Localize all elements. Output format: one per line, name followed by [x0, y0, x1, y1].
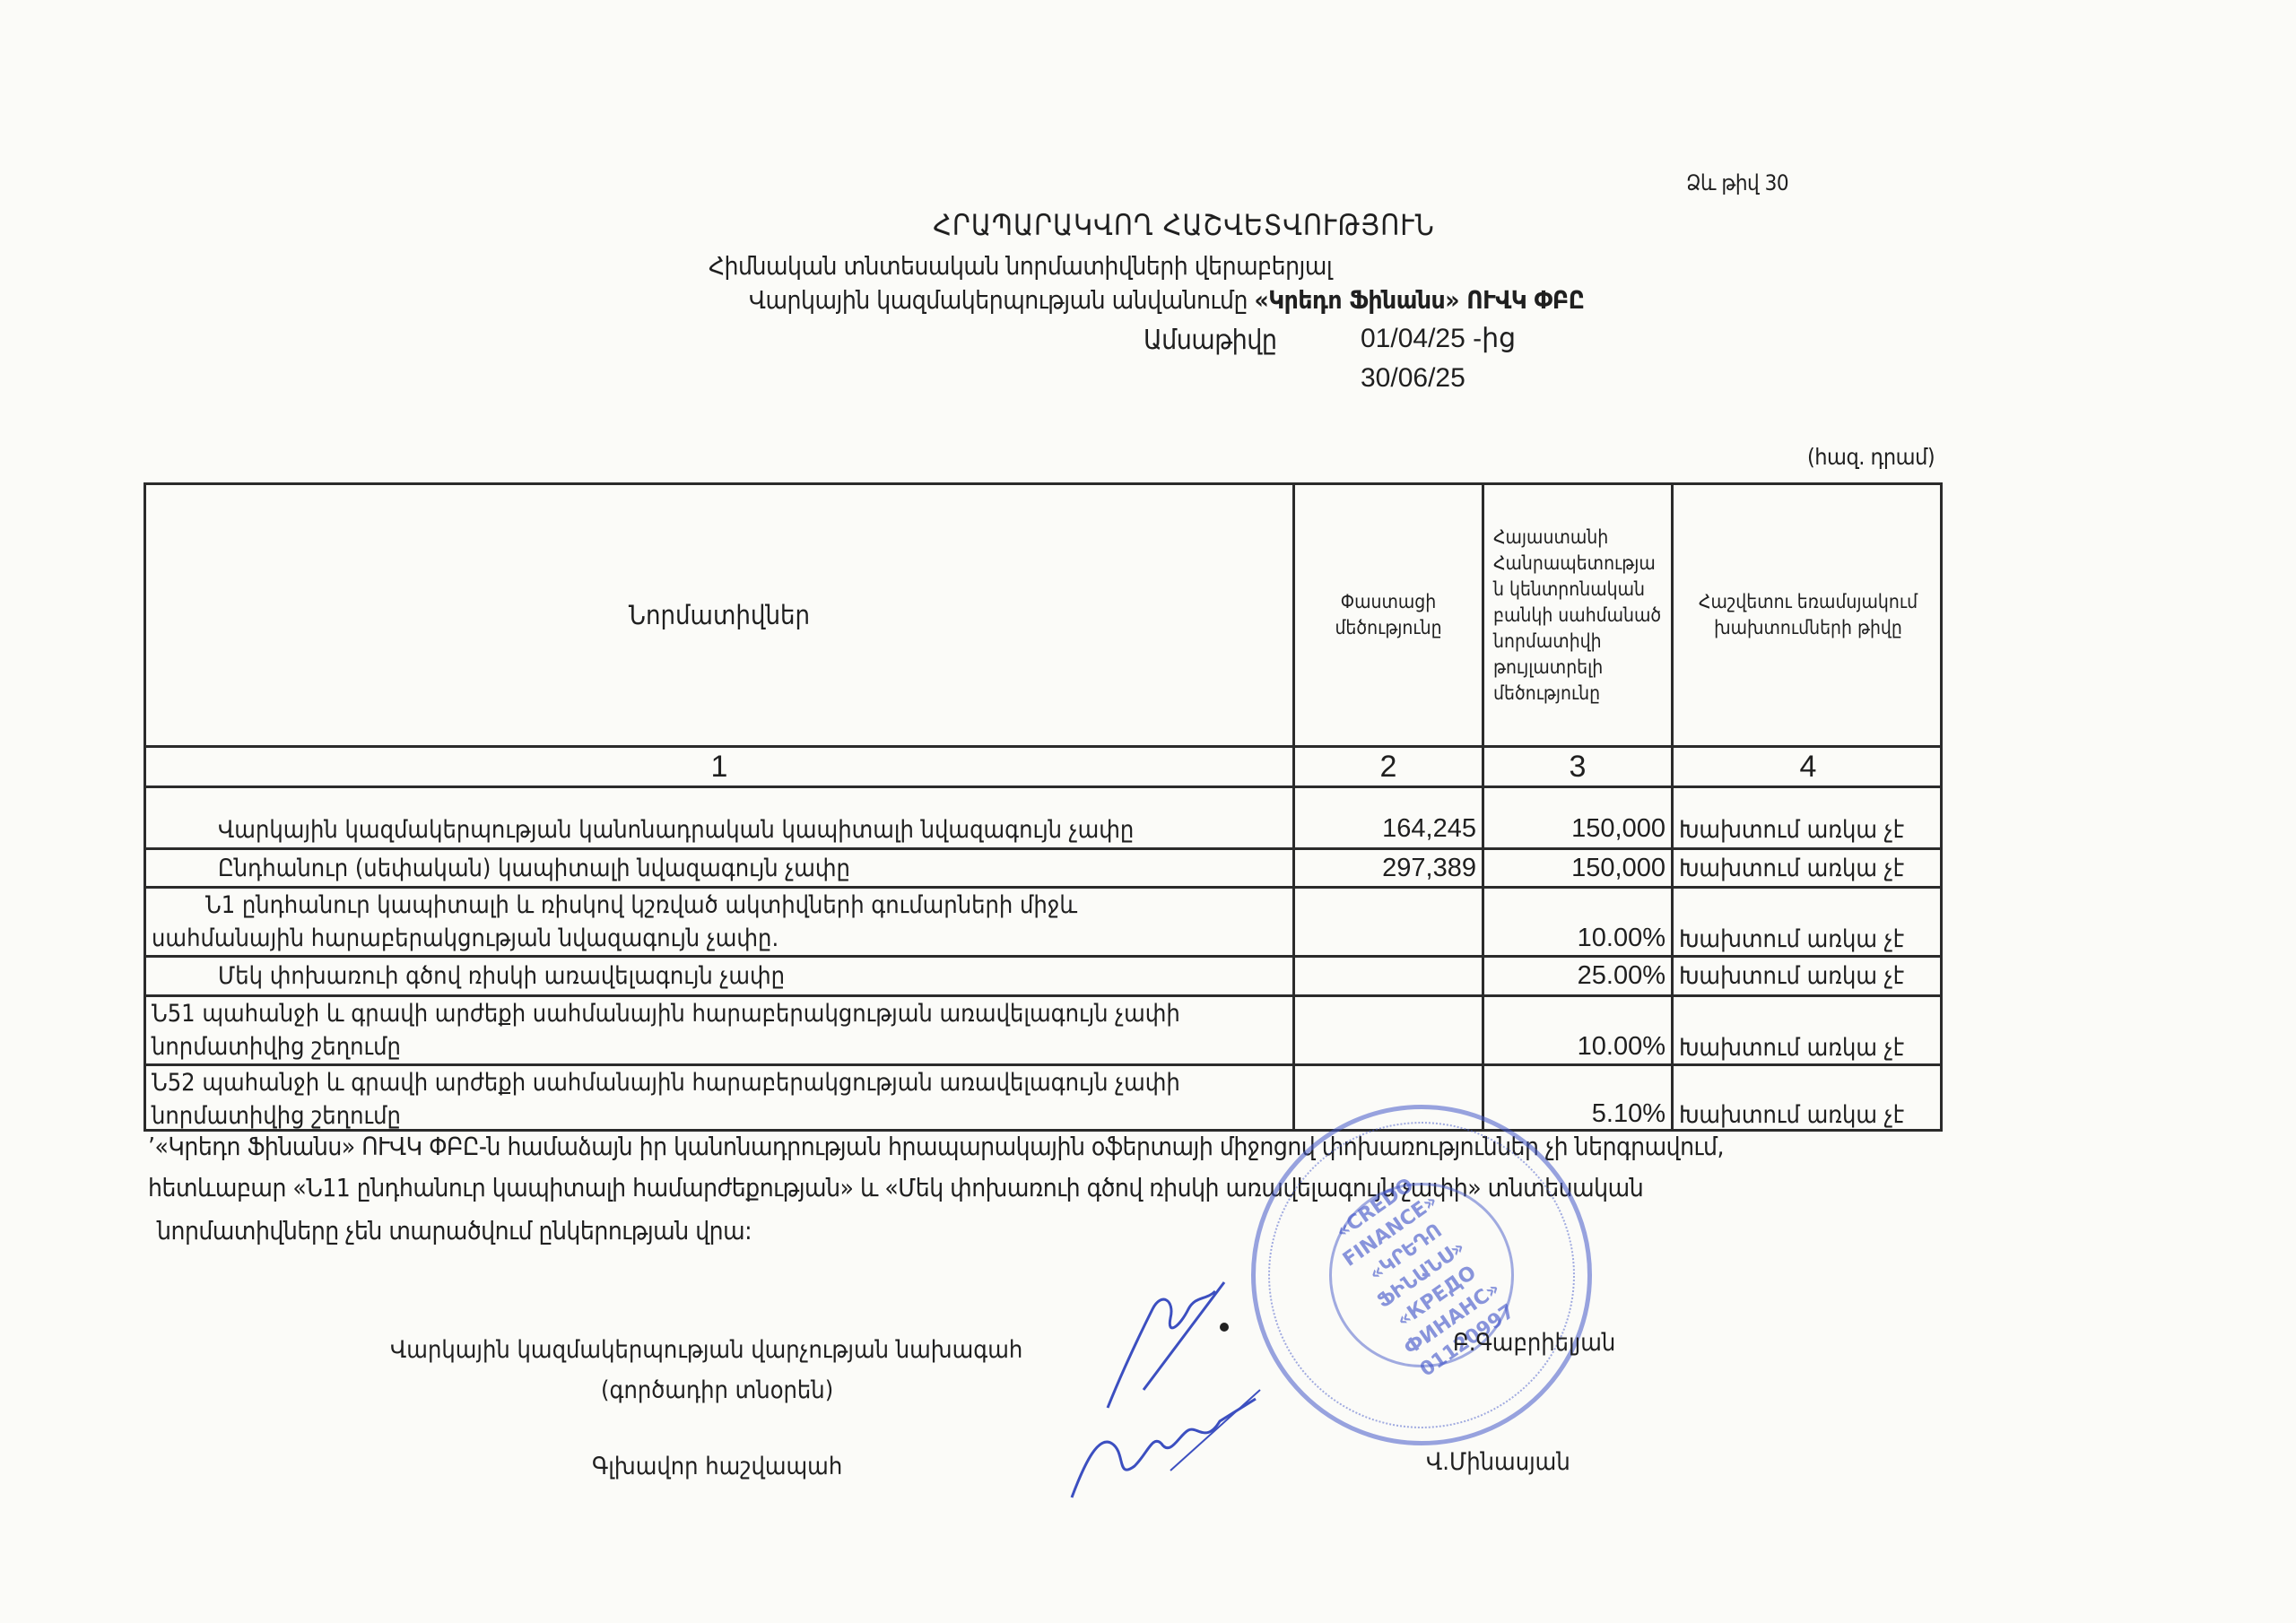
normatives-table: Նորմատիվներ Փաստացի մեծությունը Հայաստան… — [143, 482, 1943, 1132]
row-allowed-value: 10.00% — [1484, 889, 1671, 955]
row-actual-value — [1295, 997, 1482, 1063]
column-header-violations: Հաշվետու եռամսյակում խախտումների թիվը — [1674, 485, 1943, 745]
column-number: 3 — [1484, 748, 1671, 785]
footnote-line-3: նորմատիվները չեն տարածվում ընկերության վ… — [157, 1216, 752, 1245]
row-allowed-value: 150,000 — [1484, 850, 1671, 886]
row-normative-name: Վարկային կազմակերպության կանոնադրական կա… — [218, 788, 1285, 847]
row-actual-value: 297,389 — [1295, 850, 1482, 886]
row-normative-name: Ընդհանուր (սեփական) կապիտալի նվազագույն … — [218, 850, 1285, 886]
period-from: 01/04/25 -ից — [1361, 323, 1516, 354]
column-header-actual: Փաստացի մեծությունը — [1295, 485, 1482, 745]
row-normative-name: Ն1 ընդհանուր կապիտալի և ռիսկով կշռված ակ… — [152, 889, 1210, 955]
row-allowed-value: 25.00% — [1484, 958, 1671, 994]
column-header-allowed: Հայաստանի Հանրապետությա ն կենտրոնական բա… — [1484, 485, 1671, 745]
column-number: 1 — [146, 748, 1292, 785]
row-normative-name: Ն52 պահանջի և գրավի արժեքի սահմանային հա… — [152, 1066, 1282, 1131]
director-name: Բ.Գաբրիելյան — [1453, 1329, 1615, 1357]
row-violations: Խախտում առկա չէ — [1674, 788, 1943, 847]
row-allowed-value: 150,000 — [1484, 788, 1671, 847]
row-actual-value — [1295, 958, 1482, 994]
column-number: 2 — [1295, 748, 1482, 785]
period-label: Ամսաթիվը — [1144, 325, 1276, 356]
accountant-signature — [1063, 1381, 1269, 1506]
row-allowed-value: 10.00% — [1484, 997, 1671, 1063]
director-title-note: (գործադիր տնօրեն) — [601, 1376, 833, 1404]
accountant-title: Գլխավոր հաշվապահ — [592, 1453, 842, 1480]
row-violations: Խախտում առկա չէ — [1674, 1066, 1943, 1131]
row-violations: Խախտում առկա չէ — [1674, 997, 1943, 1063]
row-normative-name: Մեկ փոխառուի գծով ռիսկի առավելագույն չափ… — [218, 958, 1285, 994]
row-normative-name: Ն51 պահանջի և գրավի արժեքի սահմանային հա… — [152, 997, 1282, 1063]
organization-line: Վարկային կազմակերպության անվանումը «Կրեդ… — [749, 285, 1584, 315]
column-header-normatives: Նորմատիվներ — [146, 485, 1292, 745]
period-to: 30/06/25 — [1361, 363, 1465, 394]
column-number: 4 — [1674, 748, 1943, 785]
row-allowed-value: 5.10% — [1484, 1066, 1671, 1131]
row-violations: Խախտում առկա չէ — [1674, 958, 1943, 994]
form-number: Ձև թիվ 30 — [1686, 170, 1788, 195]
organization-name: «Կրեդո Ֆինանս» ՈՒՎԿ ՓԲԸ — [1254, 285, 1584, 315]
currency-unit: (հազ. դրամ) — [1807, 444, 1935, 470]
organization-label: Վարկային կազմակերպության անվանումը — [749, 285, 1248, 315]
row-violations: Խախտում առկա չէ — [1674, 889, 1943, 955]
document-subtitle: Հիմնական տնտեսական նորմատիվների վերաբերյ… — [709, 251, 1332, 281]
accountant-name: Վ.Մինասյան — [1426, 1448, 1570, 1476]
director-title: Վարկային կազմակերպության վարչության նախա… — [390, 1336, 1022, 1364]
row-actual-value — [1295, 889, 1482, 955]
stamp-text: «CREDO FINANCE» «ԿՐԵԴՈ ՖԻՆԱՆՍ» «КРЕДО ФИ… — [1300, 1150, 1544, 1400]
row-violations: Խախտում առկա չէ — [1674, 850, 1943, 886]
company-stamp: «CREDO FINANCE» «ԿՐԵԴՈ ՖԻՆԱՆՍ» «КРЕДО ФИ… — [1251, 1105, 1592, 1445]
row-actual-value: 164,245 — [1295, 788, 1482, 847]
document-title: ՀՐԱՊԱՐԱԿՎՈՂ ՀԱՇՎԵՏՎՈՒԹՅՈՒՆ — [0, 208, 2296, 242]
